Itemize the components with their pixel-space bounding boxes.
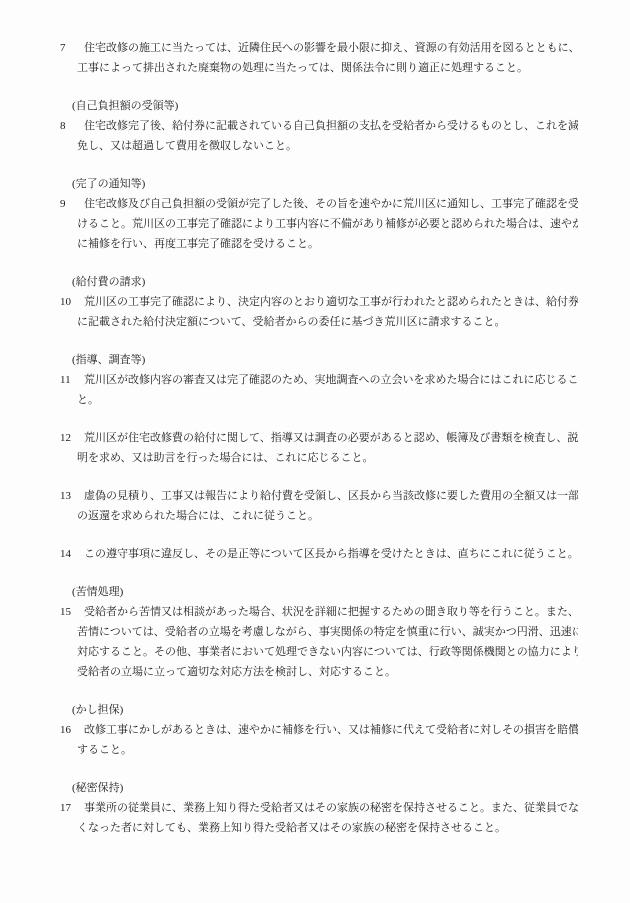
item-text: 荒川区が住宅改修費の給付に関して、指導又は調査の必要があると認め、帳簿及び書類を… [84,432,578,444]
item-line: 11荒川区が改修内容の審査又は完了確認のため、実地調査への立会いを求めた場合には… [60,370,578,390]
item-line: 13虚偽の見積り、工事又は報告により給付費を受領し、区長から当該改修に要した費用… [60,486,578,506]
item-text: 荒川区の工事完了確認により、決定内容のとおり適切な工事が行われたと認められたとき… [84,296,578,308]
item-line: 7住宅改修の施工に当たっては、近隣住民への影響を最小限に抑え、資源の有効活用を図… [60,38,578,58]
section-heading: (自己負担額の受領等) [60,96,578,116]
item-text: 改修工事にかしがあるときは、速やかに補修を行い、又は補修に代えて受給者に対しその… [84,724,578,736]
item-line: けること。荒川区の工事完了確認により工事内容に不備があり補修が必要と認められた場… [60,214,578,234]
numbered-item: 11荒川区が改修内容の審査又は完了確認のため、実地調査への立会いを求めた場合には… [60,370,578,410]
item-line: 対応すること。その他、事業者において処理できない内容については、行政等関係機関と… [60,642,578,662]
item-number: 7 [60,38,84,58]
numbered-item: 12荒川区が住宅改修費の給付に関して、指導又は調査の必要があると認め、帳簿及び書… [60,428,578,468]
item-number: 10 [60,292,84,312]
item-number: 17 [60,798,84,818]
item-text: 住宅改修の施工に当たっては、近隣住民への影響を最小限に抑え、資源の有効活用を図る… [84,42,578,54]
item-line: くなった者に対しても、業務上知り得た受給者又はその家族の秘密を保持させること。 [60,818,578,838]
numbered-item: 9住宅改修及び自己負担額の受領が完了した後、その旨を速やかに荒川区に通知し、工事… [60,194,578,254]
item-line: 12荒川区が住宅改修費の給付に関して、指導又は調査の必要があると認め、帳簿及び書… [60,428,578,448]
item-line: 明を求め、又は助言を行った場合には、これに応じること。 [60,448,578,468]
item-number: 12 [60,428,84,448]
item-line: 15受給者から苦情又は相談があった場合、状況を詳細に把握するための聞き取り等を行… [60,602,578,622]
document-section: (完了の通知等) 9住宅改修及び自己負担額の受領が完了した後、その旨を速やかに荒… [60,174,578,254]
numbered-item: 8住宅改修完了後、給付券に記載されている自己負担額の支払を受給者から受けるものと… [60,116,578,156]
item-number: 11 [60,370,84,390]
document-content: 7住宅改修の施工に当たっては、近隣住民への影響を最小限に抑え、資源の有効活用を図… [60,38,578,838]
item-number: 14 [60,544,84,564]
numbered-item: 10荒川区の工事完了確認により、決定内容のとおり適切な工事が行われたと認められた… [60,292,578,332]
item-line: と。 [60,390,578,410]
section-heading: (かし担保) [60,700,578,720]
item-line: すること。 [60,740,578,760]
numbered-item: 14この遵守事項に違反し、その是正等について区長から指導を受けたときは、直ちにこ… [60,544,578,564]
item-line: 9住宅改修及び自己負担額の受領が完了した後、その旨を速やかに荒川区に通知し、工事… [60,194,578,214]
item-text: 事業所の従業員に、業務上知り得た受給者又はその家族の秘密を保持させること。また、… [84,802,578,814]
document-section: (自己負担額の受領等) 8住宅改修完了後、給付券に記載されている自己負担額の支払… [60,96,578,156]
item-text: 荒川区が改修内容の審査又は完了確認のため、実地調査への立会いを求めた場合にはこれ… [84,374,578,386]
item-text: 住宅改修完了後、給付券に記載されている自己負担額の支払を受給者から受けるものとし… [84,120,578,132]
item-line: に記載された給付決定額について、受給者からの委任に基づき荒川区に請求すること。 [60,312,578,332]
item-line: 16改修工事にかしがあるときは、速やかに補修を行い、又は補修に代えて受給者に対し… [60,720,578,740]
document-section: (秘密保持) 17事業所の従業員に、業務上知り得た受給者又はその家族の秘密を保持… [60,778,578,838]
item-text: 受給者から苦情又は相談があった場合、状況を詳細に把握するための聞き取り等を行うこ… [84,606,578,618]
section-heading: (苦情処理) [60,582,578,602]
item-text: 住宅改修及び自己負担額の受領が完了した後、その旨を速やかに荒川区に通知し、工事完… [84,198,578,210]
section-heading: (完了の通知等) [60,174,578,194]
section-heading: (秘密保持) [60,778,578,798]
item-number: 8 [60,116,84,136]
item-line: 免し、又は超過して費用を徴収しないこと。 [60,136,578,156]
item-line: 工事によって排出された廃棄物の処理に当たっては、関係法令に則り適正に処理すること… [60,58,578,78]
numbered-item: 7住宅改修の施工に当たっては、近隣住民への影響を最小限に抑え、資源の有効活用を図… [60,38,578,78]
item-text: 虚偽の見積り、工事又は報告により給付費を受領し、区長から当該改修に要した費用の全… [84,490,578,502]
item-line: 8住宅改修完了後、給付券に記載されている自己負担額の支払を受給者から受けるものと… [60,116,578,136]
item-line: に補修を行い、再度工事完了確認を受けること。 [60,234,578,254]
section-heading: (指導、調査等) [60,350,578,370]
item-line: の返還を求められた場合には、これに従うこと。 [60,506,578,526]
item-line: 10荒川区の工事完了確認により、決定内容のとおり適切な工事が行われたと認められた… [60,292,578,312]
document-section: (かし担保) 16改修工事にかしがあるときは、速やかに補修を行い、又は補修に代え… [60,700,578,760]
document-section: (苦情処理) 15受給者から苦情又は相談があった場合、状況を詳細に把握するための… [60,582,578,682]
item-text: この遵守事項に違反し、その是正等について区長から指導を受けたときは、直ちにこれに… [84,548,578,560]
numbered-item: 17事業所の従業員に、業務上知り得た受給者又はその家族の秘密を保持させること。ま… [60,798,578,838]
item-line: 苦情については、受給者の立場を考慮しながら、事実関係の特定を慎重に行い、誠実かつ… [60,622,578,642]
document-section: 7住宅改修の施工に当たっては、近隣住民への影響を最小限に抑え、資源の有効活用を図… [60,38,578,78]
item-line: 17事業所の従業員に、業務上知り得た受給者又はその家族の秘密を保持させること。ま… [60,798,578,818]
item-line: 14この遵守事項に違反し、その是正等について区長から指導を受けたときは、直ちにこ… [60,544,578,564]
item-number: 15 [60,602,84,622]
item-number: 13 [60,486,84,506]
item-line: 受給者の立場に立って適切な対応方法を検討し、対応すること。 [60,662,578,682]
numbered-item: 15受給者から苦情又は相談があった場合、状況を詳細に把握するための聞き取り等を行… [60,602,578,682]
item-number: 16 [60,720,84,740]
item-number: 9 [60,194,84,214]
section-heading: (給付費の請求) [60,272,578,292]
document-section: (指導、調査等) 11荒川区が改修内容の審査又は完了確認のため、実地調査への立会… [60,350,578,564]
numbered-item: 16改修工事にかしがあるときは、速やかに補修を行い、又は補修に代えて受給者に対し… [60,720,578,760]
document-section: (給付費の請求) 10荒川区の工事完了確認により、決定内容のとおり適切な工事が行… [60,272,578,332]
document-page: 7住宅改修の施工に当たっては、近隣住民への影響を最小限に抑え、資源の有効活用を図… [0,0,630,903]
numbered-item: 13虚偽の見積り、工事又は報告により給付費を受領し、区長から当該改修に要した費用… [60,486,578,526]
